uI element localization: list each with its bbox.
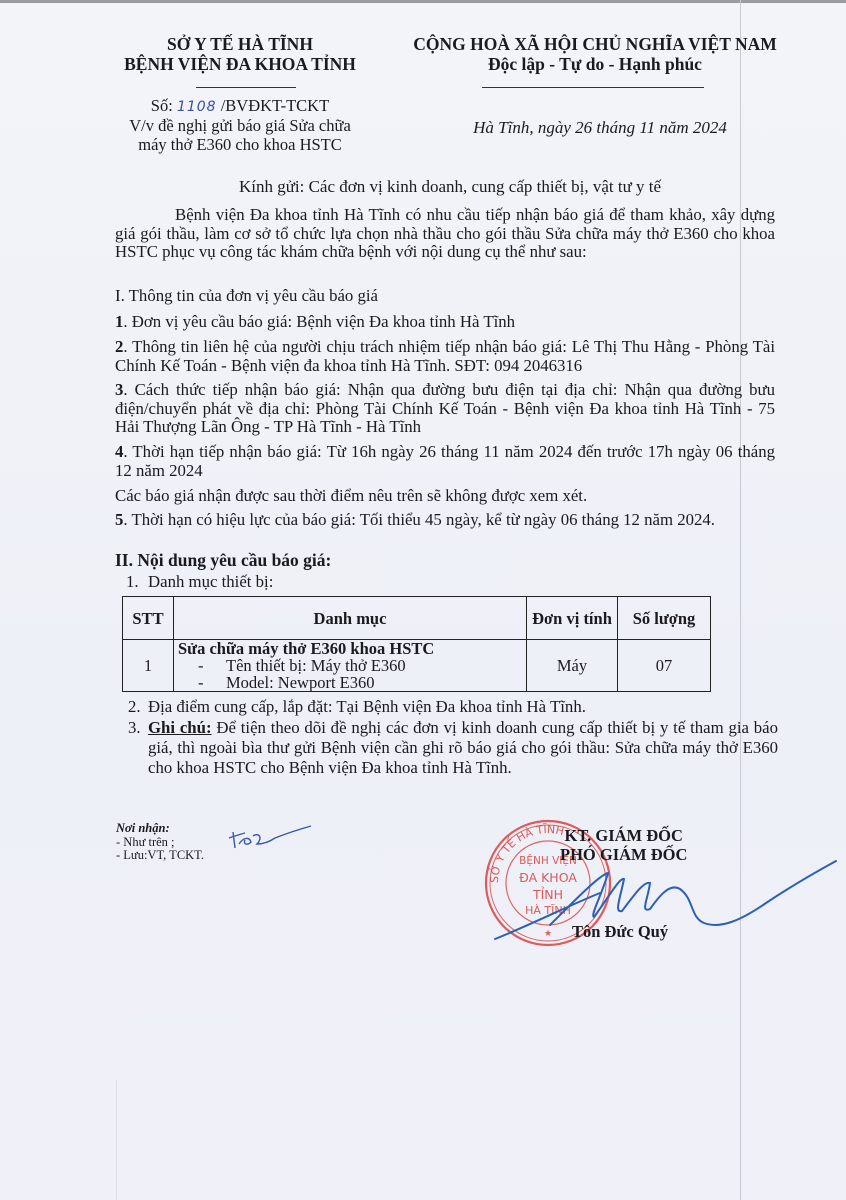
addressee: Kính gửi: Các đơn vị kinh doanh, cung cấ… (110, 177, 790, 197)
motto-divider (482, 87, 704, 88)
equipment-table: STT Danh mục Đơn vị tính Số lượng 1 Sửa … (122, 596, 711, 692)
col-item: Danh mục (174, 597, 527, 640)
section-1-item: 5. Thời hạn có hiệu lực của báo giá: Tối… (115, 511, 775, 530)
issuing-organization: SỞ Y TẾ HÀ TĨNH BỆNH VIỆN ĐA KHOA TỈNH (110, 34, 370, 74)
recipients-title: Nơi nhận: (116, 822, 204, 836)
initial-signature-icon (225, 822, 315, 862)
table-header-row: STT Danh mục Đơn vị tính Số lượng (123, 597, 711, 640)
cell-item: Sửa chữa máy thở E360 khoa HSTC -Tên thi… (174, 640, 527, 692)
scan-edge (0, 0, 846, 3)
section-2-title: II. Nội dung yêu cầu báo giá: (115, 551, 775, 570)
signer-name: Tôn Đức Quý (572, 922, 668, 942)
document-number: Số: 1108 /BVĐKT-TCKT (110, 96, 370, 116)
motto: Độc lập - Tự do - Hạnh phúc (395, 54, 795, 74)
document-subject: V/v đề nghị gửi báo giá Sửa chữa máy thở… (110, 116, 370, 154)
note-label: Ghi chú: (148, 718, 212, 737)
cell-qty: 07 (618, 640, 711, 692)
scan-artifact-line (116, 1080, 117, 1200)
document-page: SỞ Y TẾ HÀ TĨNH BỆNH VIỆN ĐA KHOA TỈNH C… (0, 0, 846, 1200)
section-1-item: 2. Thông tin liên hệ của người chịu trác… (115, 338, 775, 375)
col-qty: Số lượng (618, 597, 711, 640)
col-unit: Đơn vị tính (527, 597, 618, 640)
intro-paragraph: Bệnh viện Đa khoa tỉnh Hà Tĩnh có nhu cầ… (115, 206, 775, 262)
section-1-note: Các báo giá nhận được sau thời điểm nêu … (115, 487, 775, 506)
cell-unit: Máy (527, 640, 618, 692)
place-date: Hà Tĩnh, ngày 26 tháng 11 năm 2024 (420, 118, 780, 138)
section-1-item: 4. Thời hạn tiếp nhận báo giá: Từ 16h ng… (115, 443, 775, 480)
org-parent: SỞ Y TẾ HÀ TĨNH (110, 34, 370, 54)
recipient-item: - Như trên ; (116, 836, 204, 850)
cell-stt: 1 (123, 640, 174, 692)
col-stt: STT (123, 597, 174, 640)
section-2-note: 3.Ghi chú: Để tiện theo dõi đề nghị các … (148, 718, 778, 778)
section-2-sub1: 1.Danh mục thiết bị: (148, 573, 808, 592)
section-2-sub2: 2.Địa điểm cung cấp, lắp đặt: Tại Bệnh v… (148, 697, 778, 717)
national-heading: CỘNG HOÀ XÃ HỘI CHỦ NGHĨA VIỆT NAM Độc l… (395, 34, 795, 74)
table-row: 1 Sửa chữa máy thở E360 khoa HSTC -Tên t… (123, 640, 711, 692)
recipients-block: Nơi nhận: - Như trên ; - Lưu:VT, TCKT. (116, 822, 204, 863)
section-1-title: I. Thông tin của đơn vị yêu cầu báo giá (115, 287, 775, 306)
header-divider (196, 87, 296, 88)
org-name: BỆNH VIỆN ĐA KHOA TỈNH (110, 54, 370, 74)
nation-title: CỘNG HOÀ XÃ HỘI CHỦ NGHĨA VIỆT NAM (395, 34, 795, 54)
recipient-item: - Lưu:VT, TCKT. (116, 849, 204, 863)
section-1-item: 3. Cách thức tiếp nhận báo giá: Nhận qua… (115, 381, 775, 437)
section-1-item: 1. Đơn vị yêu cầu báo giá: Bệnh viện Đa … (115, 313, 775, 332)
handwritten-number: 1108 (177, 99, 217, 115)
